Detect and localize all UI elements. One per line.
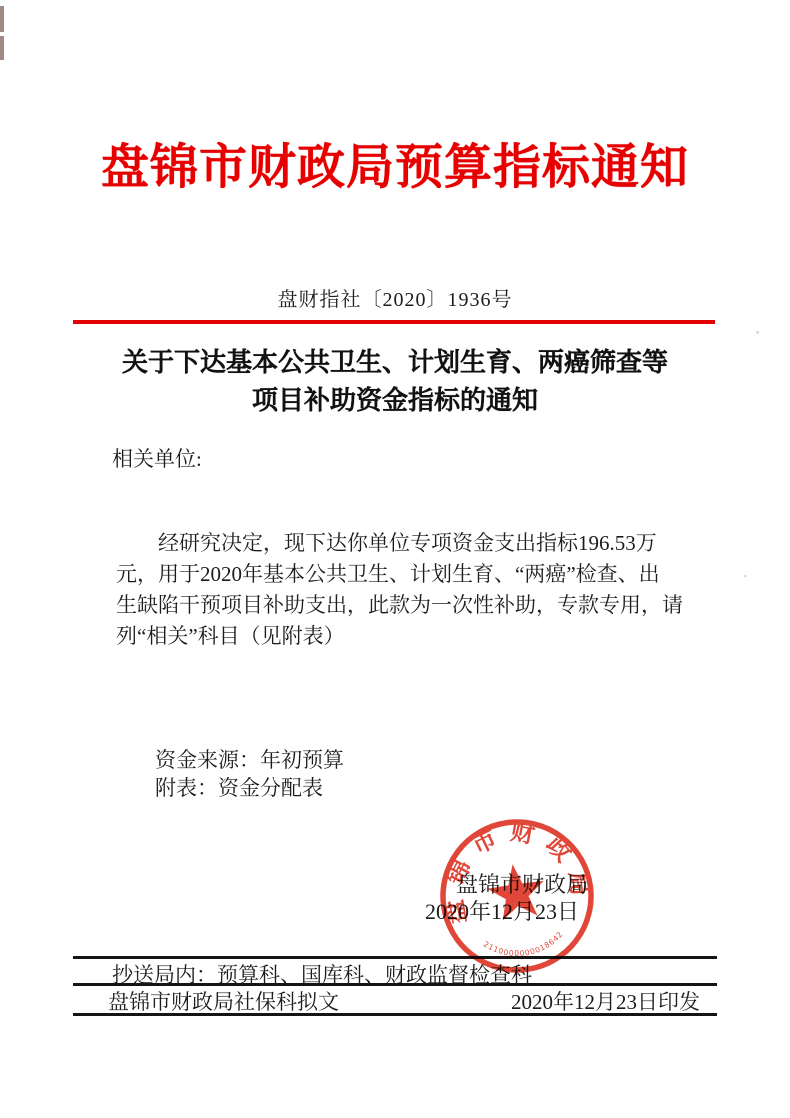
subject-title: 关于下达基本公共卫生、计划生育、两癌筛查等 项目补助资金指标的通知 xyxy=(0,344,790,420)
drafting-unit: 盘锦市财政局社保科拟文 xyxy=(108,986,339,1016)
body-line: 生缺陷干预项目补助支出，此款为一次性补助，专款专用，请 xyxy=(116,590,676,621)
scan-artifact-mark xyxy=(0,36,4,60)
body-line: 元，用于2020年基本公共卫生、计划生育、“两癌”检查、出 xyxy=(116,559,676,590)
funding-source-line: 资金来源：年初预算 xyxy=(155,744,344,774)
letterhead-title: 盘锦市财政局预算指标通知 xyxy=(0,128,790,197)
body-line: 列“相关”科目（见附表） xyxy=(116,621,676,652)
official-seal-graphic: 盘锦市财政局 2110000000018642 xyxy=(422,801,612,991)
document-number: 盘财指社〔2020〕1936号 xyxy=(0,283,790,312)
body-line: 经研究决定，现下达你单位专项资金支出指标196.53万 xyxy=(116,528,676,559)
scanned-document-page: 盘锦市财政局预算指标通知 盘财指社〔2020〕1936号 关于下达基本公共卫生、… xyxy=(0,0,790,1118)
footer-rule-bottom xyxy=(73,1013,717,1016)
scan-artifact-mark xyxy=(0,6,4,32)
footer-rule-middle xyxy=(73,983,717,986)
subject-title-line1: 关于下达基本公共卫生、计划生育、两癌筛查等 xyxy=(0,344,790,382)
scan-speck xyxy=(756,331,759,334)
recipient-label: 相关单位: xyxy=(112,443,202,473)
official-seal: 盘锦市财政局 2110000000018642 xyxy=(422,801,612,991)
attachment-line: 附表：资金分配表 xyxy=(155,772,323,802)
scan-speck xyxy=(744,575,747,577)
body-paragraph: 经研究决定，现下达你单位专项资金支出指标196.53万 元，用于2020年基本公… xyxy=(116,528,676,652)
red-separator-line xyxy=(73,320,715,324)
seal-star-icon xyxy=(484,860,548,922)
print-date: 2020年12月23日印发 xyxy=(450,986,700,1016)
subject-title-line2: 项目补助资金指标的通知 xyxy=(0,382,790,420)
footer-rule-top xyxy=(73,956,717,959)
